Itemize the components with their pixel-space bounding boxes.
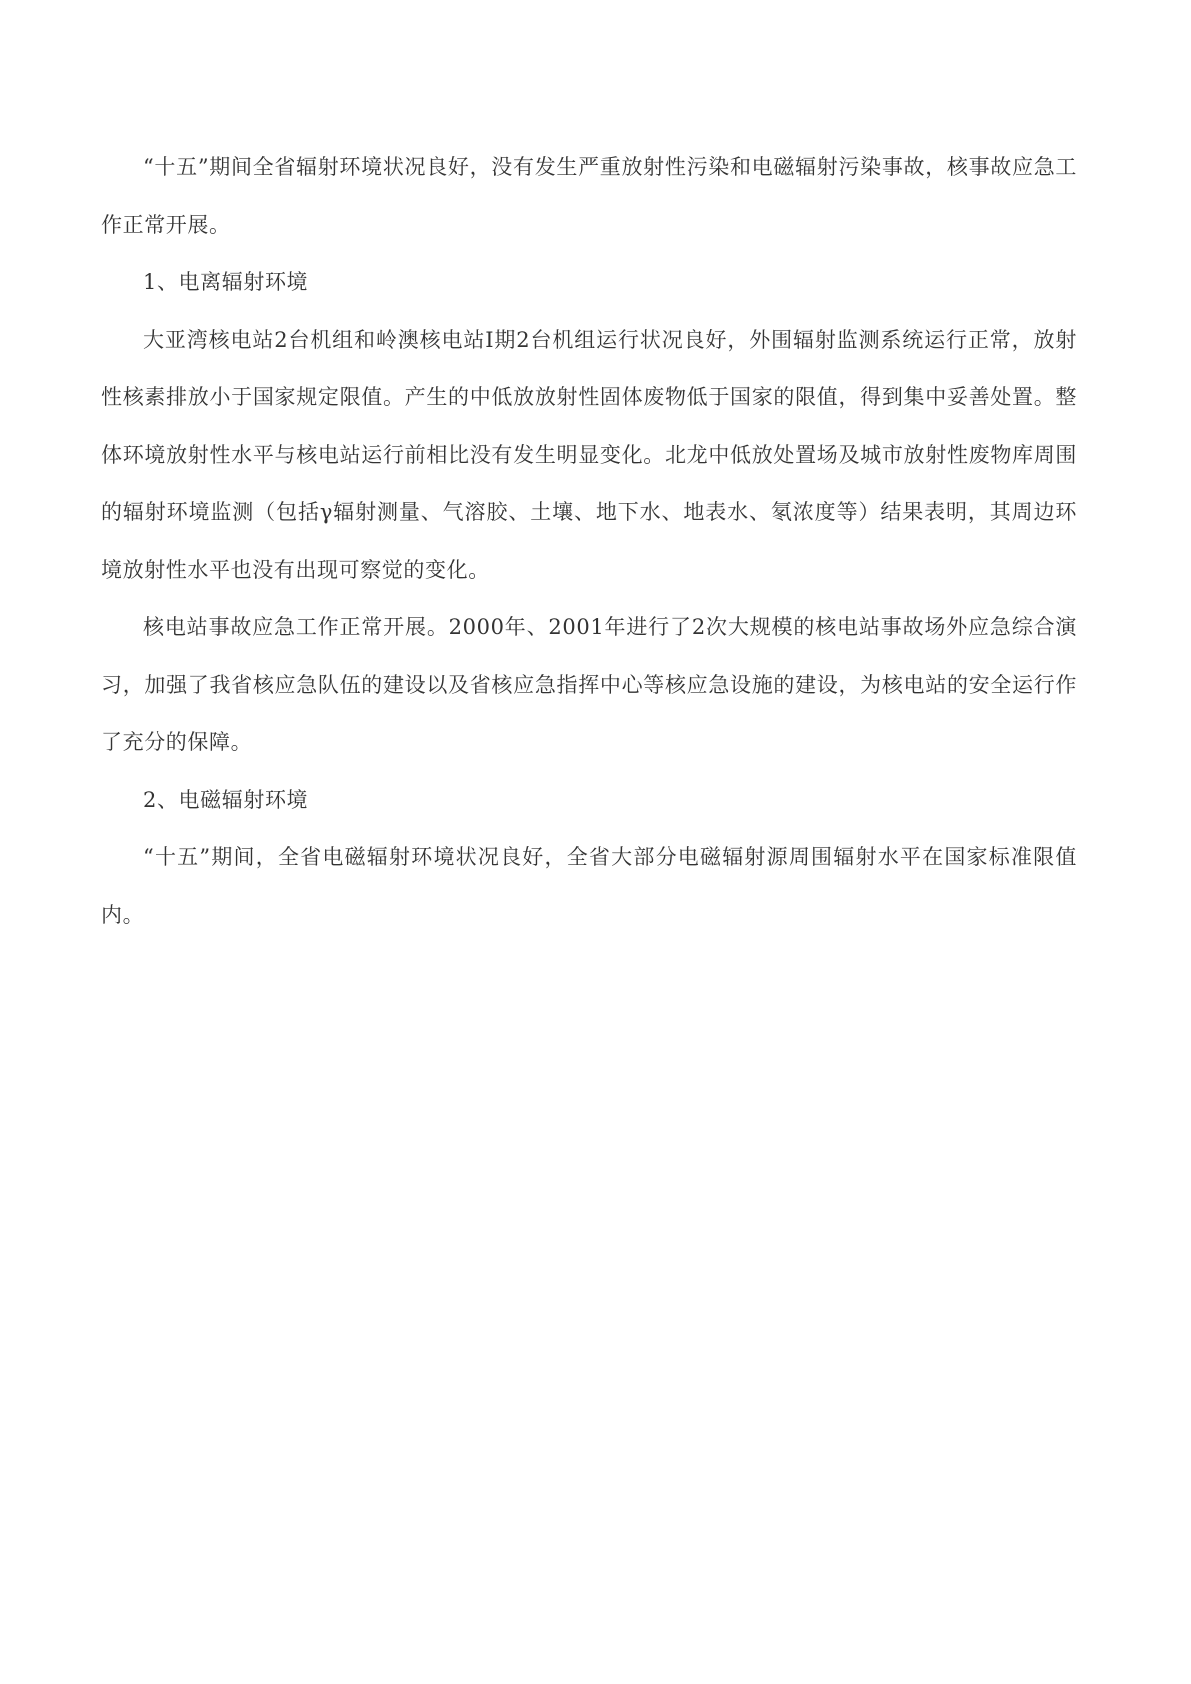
paragraph-overview: “十五”期间全省辐射环境状况良好，没有发生严重放射性污染和电磁辐射污染事故，核事… — [101, 139, 1077, 254]
section-heading-ionizing-radiation: 1、电离辐射环境 — [101, 254, 1077, 312]
paragraph-electromagnetic-status: “十五”期间，全省电磁辐射环境状况良好，全省大部分电磁辐射源周围辐射水平在国家标… — [101, 829, 1077, 944]
section-heading-electromagnetic-radiation: 2、电磁辐射环境 — [101, 772, 1077, 830]
paragraph-emergency-response: 核电站事故应急工作正常开展。2000年、2001年进行了2次大规模的核电站事故场… — [101, 599, 1077, 772]
paragraph-nuclear-plants: 大亚湾核电站2台机组和岭澳核电站Ⅰ期2台机组运行状况良好，外围辐射监测系统运行正… — [101, 312, 1077, 600]
document-page: “十五”期间全省辐射环境状况良好，没有发生严重放射性污染和电磁辐射污染事故，核事… — [101, 139, 1077, 944]
